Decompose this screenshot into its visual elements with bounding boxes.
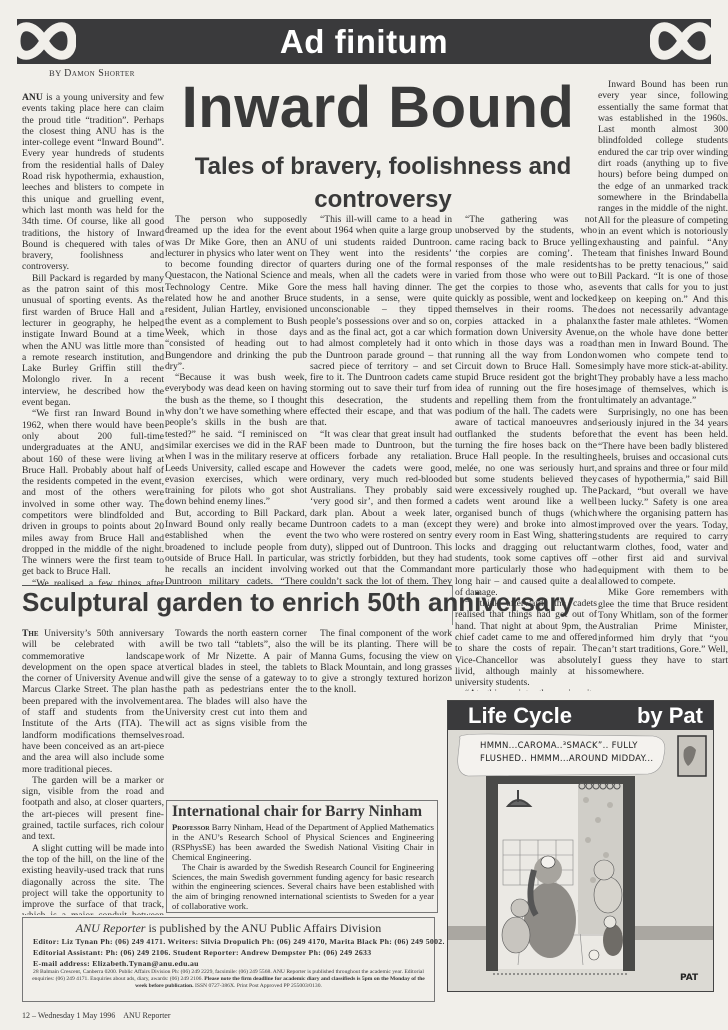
paragraph: The final component of the work will be …: [310, 628, 452, 696]
article-column-5: Inward Bound has been run every year sin…: [598, 79, 728, 691]
paragraph: “This ill-will came to a head in about 1…: [310, 214, 452, 429]
artist-signature: PAT: [680, 973, 698, 983]
paragraph: “We realised a few things after this fir…: [22, 578, 164, 585]
paragraph: The garden will be a marker or sign, vis…: [22, 775, 164, 843]
publication-name: ANU Reporter: [123, 1011, 170, 1020]
paragraph: The Chair is awarded by the Swedish Rese…: [172, 863, 434, 913]
publisher-box: ANU Reporter is published by the ANU Pub…: [22, 917, 435, 1002]
paragraph: A slight cutting will be made into the t…: [22, 843, 164, 915]
chair-body: Professor Barry Ninham, Head of the Depa…: [172, 823, 434, 912]
email-line: E-mail address: Elizabeth.Tynan@anu.edu.…: [23, 958, 434, 969]
garden-headline: Sculptural garden to enrich 50th anniver…: [22, 586, 452, 618]
article-column-4: “The gathering was not unobserved by the…: [455, 214, 597, 691]
paragraph: Inward Bound has been run every year sin…: [598, 79, 728, 407]
section-banner: Ad finitum: [17, 19, 711, 64]
byline: BY Damon Shorter: [49, 68, 135, 79]
paragraph: But, according to Bill Packard, Inward B…: [165, 508, 307, 585]
section-title: Ad finitum: [17, 19, 711, 64]
newspaper-page: Ad finitum BY Damon Shorter Inward Bound…: [0, 0, 728, 1030]
paragraph: “We first ran Inward Bound in 1962, when…: [22, 408, 164, 577]
article-column-2: The person who supposedly dreamed up the…: [165, 214, 307, 585]
paragraph: “At this point, the university decided t…: [455, 688, 597, 691]
author-name: Damon Shorter: [64, 68, 135, 79]
chair-headline: International chair for Barry Ninham: [172, 803, 437, 821]
publisher-fineprint: 28 Balmain Crescent, Canberra 0200. Publ…: [23, 969, 434, 991]
page-date: 12 – Wednesday 1 May 1996: [22, 1011, 115, 1020]
assistant-line: Editorial Assistant: Ph: (06) 249 2106. …: [23, 947, 434, 958]
publisher-title: ANU Reporter is published by the ANU Pub…: [23, 921, 434, 936]
infinity-icon: [650, 14, 714, 68]
subheadline: Tales of bravery, foolishness and contro…: [168, 150, 598, 216]
cartoon-author: by Pat: [637, 702, 703, 729]
article-column-3: “This ill-will came to a head in about 1…: [310, 214, 452, 585]
paragraph: “Because it was bush week, everybody was…: [165, 372, 307, 508]
cartoon-panel: Life Cycle by Pat: [447, 700, 714, 992]
paragraph: Towards the north eastern corner will be…: [165, 628, 307, 741]
paragraph: The University’s 50th anniversary will b…: [22, 628, 164, 775]
paragraph: Mike Gore remembers with glee the time t…: [598, 587, 728, 677]
paragraph: The person who supposedly dreamed up the…: [165, 214, 307, 372]
page-footer: 12 – Wednesday 1 May 1996 ANU Reporter: [22, 1011, 171, 1020]
speech-bubble: HMMN...CAROMA..³SMACKˮ.. FULLY FLUSHED..…: [470, 734, 670, 774]
paragraph: “It was clear that great insult had been…: [310, 429, 452, 585]
garden-column-1: The University’s 50th anniversary will b…: [22, 628, 164, 915]
cartoon-header: Life Cycle by Pat: [448, 701, 714, 730]
editor-line: Editor: Liz Tynan Ph: (06) 249 4171. Wri…: [23, 936, 434, 947]
article-column-1: ANU is a young university and few events…: [22, 79, 164, 585]
cartoon-title: Life Cycle: [468, 702, 572, 729]
garden-column-3: The final component of the work will be …: [310, 628, 452, 748]
paragraph: Bill Packard is regarded by many as the …: [22, 273, 164, 409]
chair-article-box: International chair for Barry Ninham Pro…: [166, 800, 438, 913]
paragraph: Professor Barry Ninham, Head of the Depa…: [172, 823, 434, 863]
garden-column-2: Towards the north eastern corner will be…: [165, 628, 307, 748]
headline: Inward Bound: [168, 74, 588, 142]
infinity-icon: [12, 14, 76, 68]
paragraph: ANU is a young university and few events…: [22, 92, 164, 273]
paragraph: Surprisingly, no one has been seriously …: [598, 407, 728, 588]
paragraph: “The gathering was not unobserved by the…: [455, 214, 597, 598]
